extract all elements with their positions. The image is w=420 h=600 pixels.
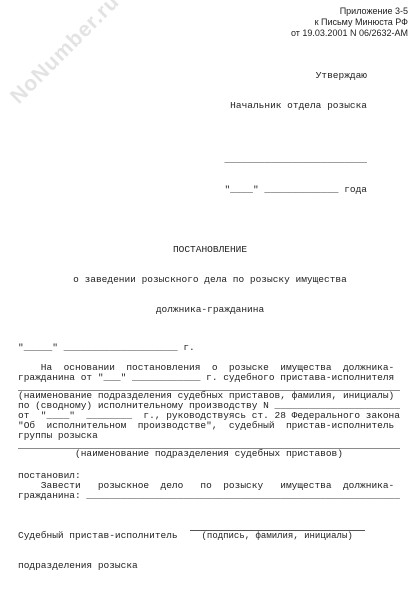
paragraph-proceeding: по (сводному) исполнительному производст… bbox=[18, 401, 400, 441]
document-title-block: ПОСТАНОВЛЕНИЕ о заведении розыскного дел… bbox=[0, 225, 420, 335]
search-group-line: группы розыска bbox=[18, 431, 400, 441]
approver-title: Начальник отдела розыска bbox=[0, 101, 367, 111]
paragraph-basis: На основании постановления о розыске иму… bbox=[18, 363, 400, 383]
signature-fill-line bbox=[190, 511, 365, 531]
resolution-line2-blank: гражданина: ____________________________… bbox=[18, 491, 400, 501]
appendix-letter-ref: к Письму Минюста РФ bbox=[0, 17, 408, 28]
document-date-blank: "_____" ____________________ г. bbox=[18, 343, 400, 353]
appendix-header: Приложение 3-5 к Письму Минюста РФ от 19… bbox=[0, 6, 420, 39]
paragraph-resolution: Завести розыскное дело по розыску имущес… bbox=[18, 481, 400, 501]
document-subtitle-line2: должника-гражданина bbox=[0, 305, 420, 315]
document-title: ПОСТАНОВЛЕНИЕ bbox=[0, 245, 420, 255]
approval-label: Утверждаю bbox=[0, 71, 367, 81]
signature-block: Судебный пристав-исполнитель подразделен… bbox=[18, 511, 400, 591]
approval-spacer bbox=[0, 131, 367, 135]
basis-line2: гражданина от "___" ____________ г. суде… bbox=[18, 373, 400, 383]
document-page: NoNumber.ru Приложение 3-5 к Письму Миню… bbox=[0, 0, 420, 600]
approval-date-blank: "____" _____________ года bbox=[0, 185, 367, 195]
approval-block: Утверждаю Начальник отдела розыска _____… bbox=[0, 51, 367, 215]
signer-titles: Судебный пристав-исполнитель подразделен… bbox=[18, 511, 178, 591]
signer-title-line1: Судебный пристав-исполнитель bbox=[18, 531, 178, 541]
approver-signature-blank: _________________________ bbox=[0, 155, 367, 165]
appendix-letter-date: от 19.03.2001 N 06/2632-АМ bbox=[0, 28, 408, 39]
caption-unit-name: (наименование подразделения судебных при… bbox=[18, 449, 400, 459]
document-subtitle-line1: о заведении розыскного дела по розыску и… bbox=[0, 275, 420, 285]
appendix-number: Приложение 3-5 bbox=[0, 6, 408, 17]
signature-field: (подпись, фамилия, инициалы) bbox=[190, 511, 365, 541]
signer-title-line2: подразделения розыска bbox=[18, 561, 178, 571]
signature-caption: (подпись, фамилия, инициалы) bbox=[190, 531, 365, 541]
